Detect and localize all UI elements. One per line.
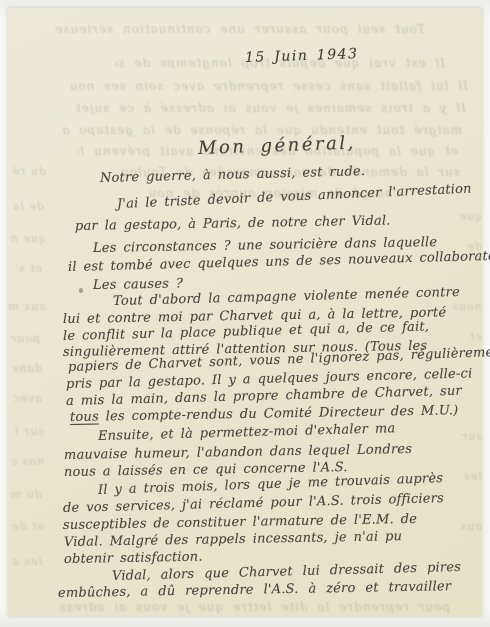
letter-line: Les causes ?	[93, 276, 183, 293]
bleedthrough-line: Il lui fallait sans cesse reprendre avec…	[68, 79, 468, 93]
bleedthrough-fragment: nos c	[4, 455, 44, 468]
bleedthrough-fragment: de la	[4, 200, 44, 213]
bleedthrough-fragment: et	[448, 330, 482, 343]
underlined-word: tous	[70, 409, 99, 425]
bleedthrough-fragment: du ré	[4, 165, 46, 178]
bleedthrough-fragment: dans	[4, 362, 42, 375]
bleedthrough-fragment: que n	[4, 232, 46, 245]
bleedthrough-fragment: pour	[4, 332, 40, 345]
letter-line: Vidal. Malgré des rappels incessants, je…	[64, 529, 402, 550]
ink-speck	[79, 288, 83, 293]
bleedthrough-fragment: sur l	[4, 425, 44, 438]
bleedthrough-fragment: et de	[4, 520, 44, 533]
bleedthrough-line: Il y a trois semaines je vous ai adressé…	[66, 101, 466, 115]
bleedthrough-fragment: avec	[4, 392, 42, 405]
bleedthrough-line: Tout seul pour assurer une continuation …	[55, 22, 425, 36]
bleedthrough-line: pour reprendre la dite lettre que je vou…	[60, 600, 450, 614]
bleedthrough-fragment: que	[438, 210, 482, 223]
bleedthrough-fragment: les	[444, 470, 482, 483]
letter-line: mauvaise humeur, l'abandon dans lequel L…	[64, 442, 412, 463]
letter-paper: Tout seul pour assurer une continuation …	[8, 8, 482, 616]
letter-line: Ensuite, et là permettez-moi d'exhaler m…	[98, 421, 396, 444]
bleedthrough-fragment: aux m	[4, 300, 46, 313]
bleedthrough-fragment: les a	[4, 555, 42, 568]
letter-line: par la gestapo, à Paris, de notre cher V…	[75, 213, 391, 234]
bleedthrough-fragment: et s'	[4, 262, 42, 275]
bleedthrough-fragment: aux	[442, 520, 482, 533]
bleedthrough-fragment: du m	[4, 488, 42, 501]
bleedthrough-fragment: sur	[442, 430, 482, 443]
letter-line: obtenir satisfaction.	[64, 550, 203, 567]
